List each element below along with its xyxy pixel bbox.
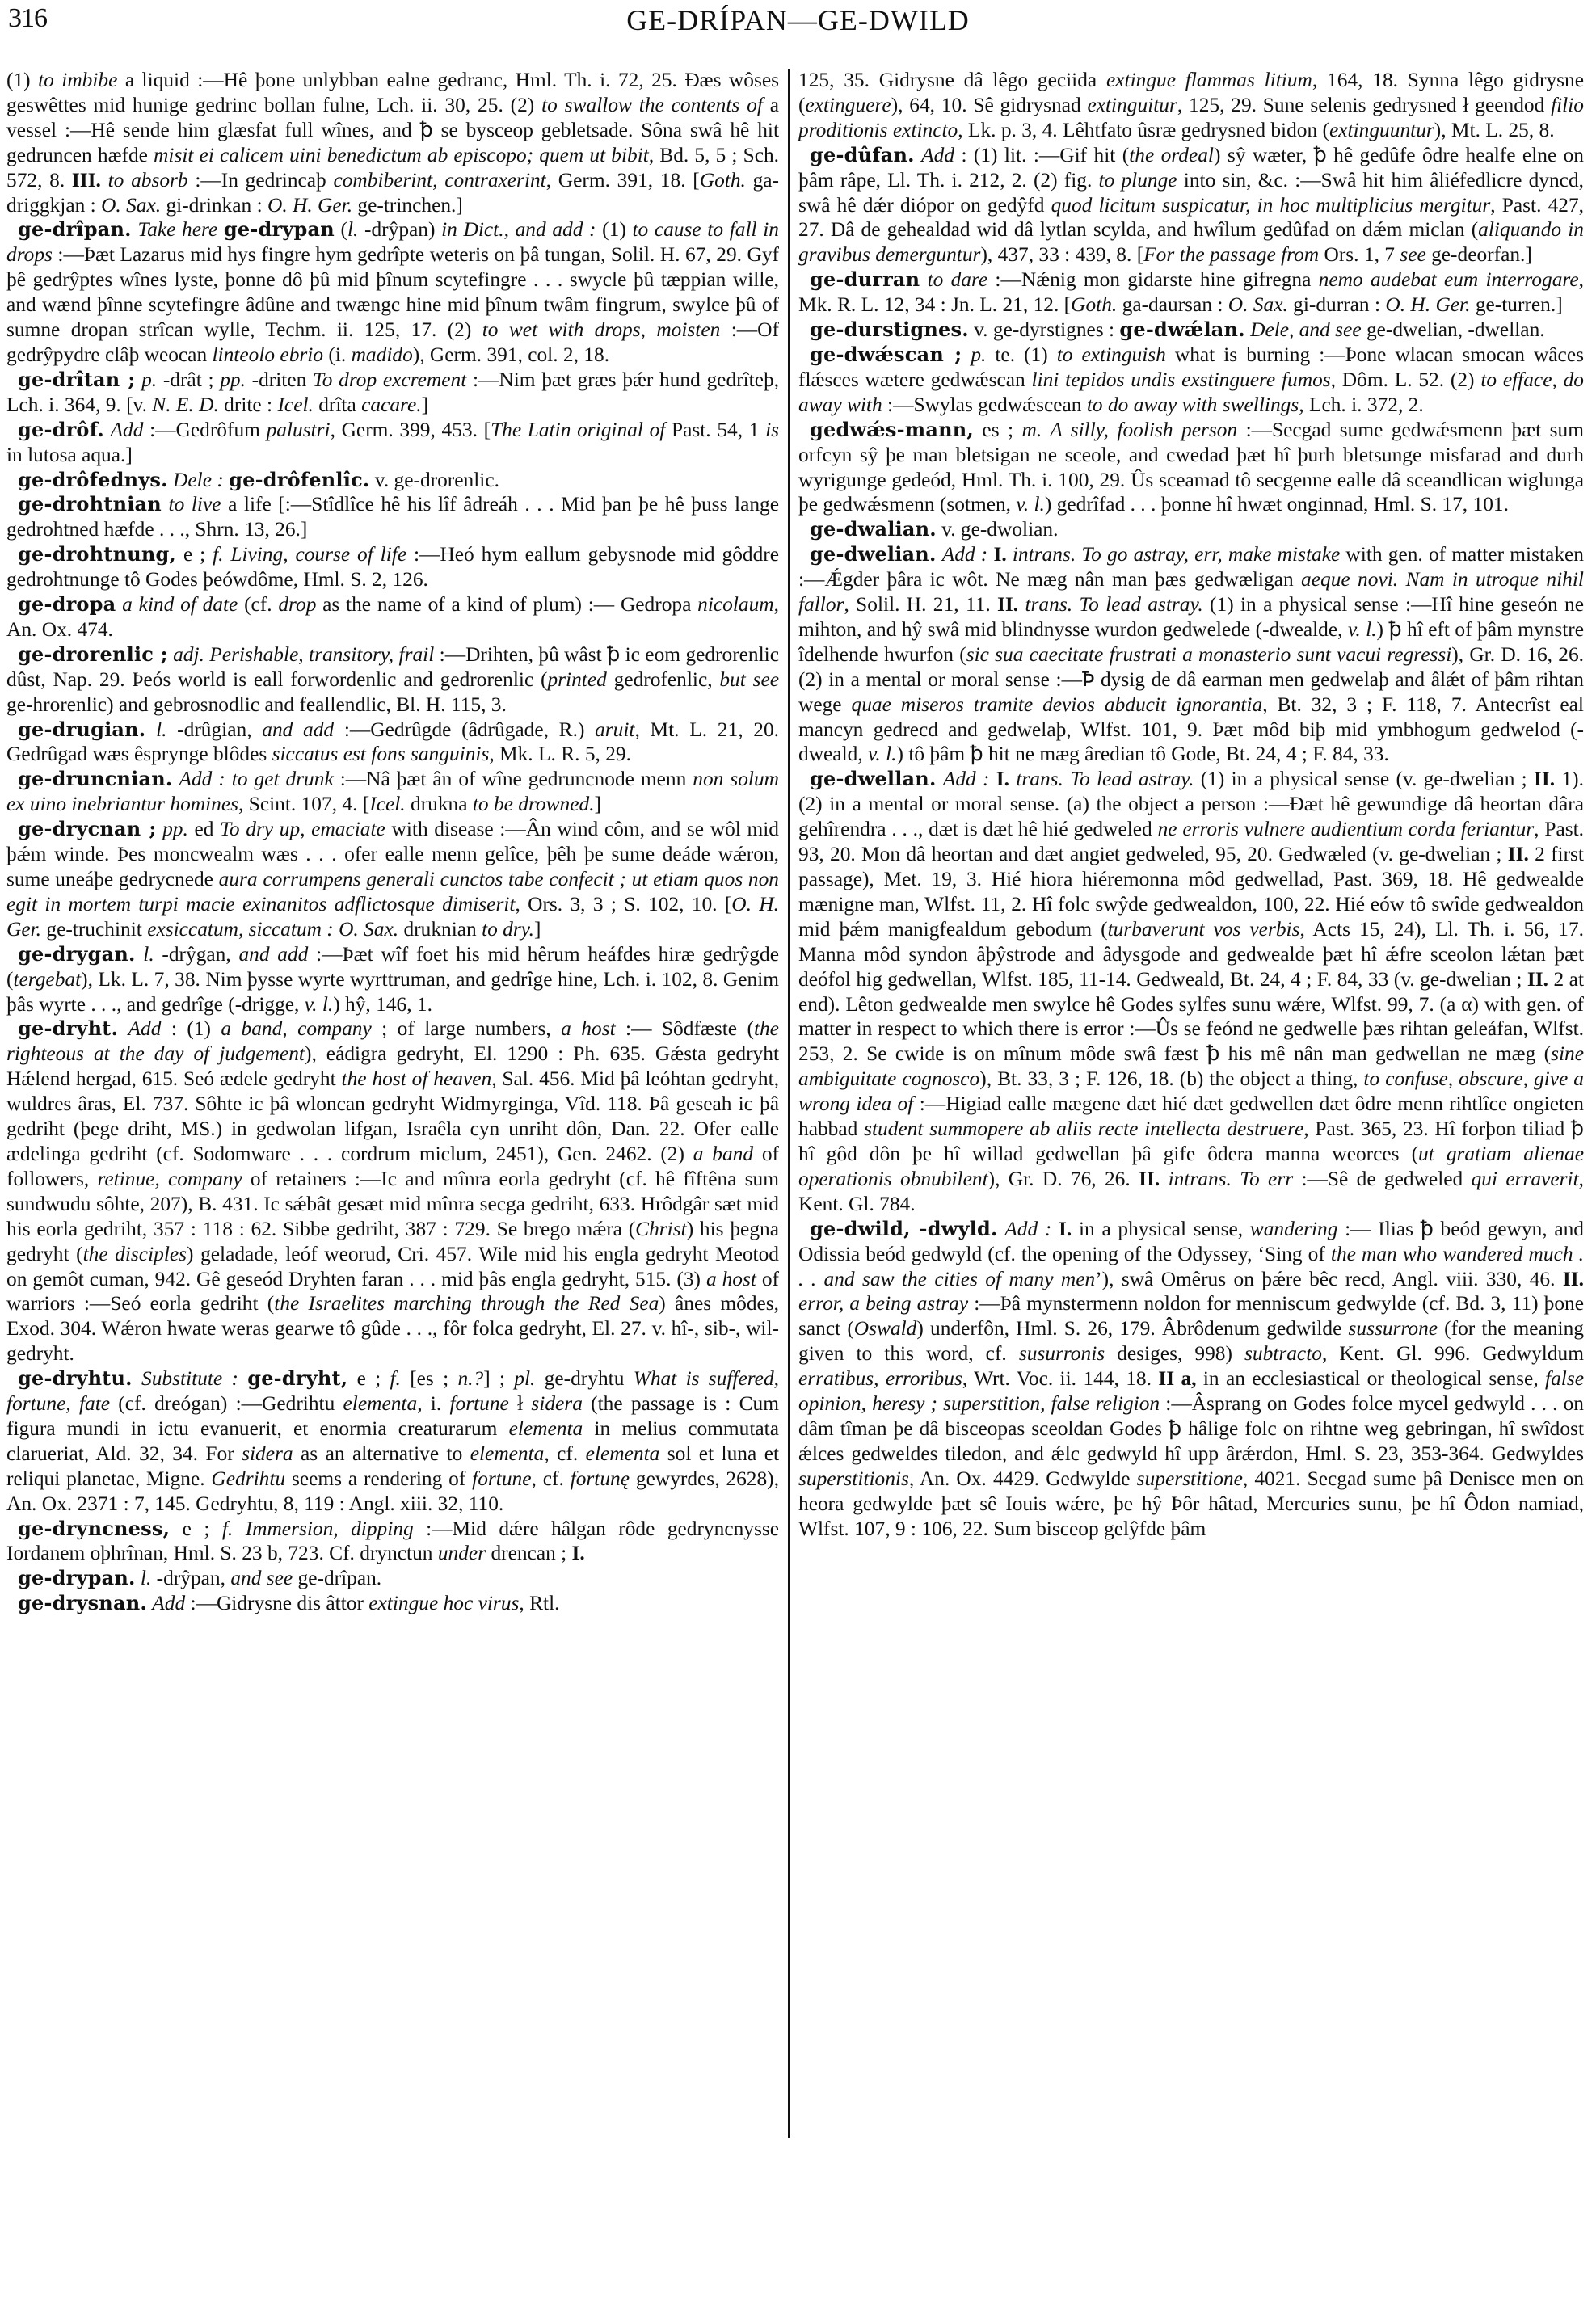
- entry-text: to dare: [928, 268, 988, 291]
- entry-text: :—Nǽnig mon gidarste hine gifregna: [987, 268, 1318, 291]
- headword: ge-dryhtu.: [18, 1366, 133, 1390]
- entry-text: in an ecclesiastical or theological sens…: [1197, 1367, 1546, 1390]
- entry-text: elementa: [586, 1442, 660, 1465]
- entry-text: sidera: [531, 1392, 582, 1415]
- entry-text: extinguere: [805, 94, 891, 116]
- entry-text: II.: [997, 593, 1018, 616]
- entry-text: O. Sax.: [1228, 293, 1288, 316]
- headword: ge-dwelian.: [810, 542, 937, 566]
- entry-text: Add: [152, 1592, 185, 1614]
- entry-text: Ors. 1, 7: [1319, 243, 1400, 266]
- entry-text: Substitute :: [141, 1367, 238, 1390]
- entry-text: ]: [422, 394, 428, 416]
- entry-text: Add :: [943, 768, 990, 790]
- dictionary-entry: ge-drorenlic ; adj. Perishable, transito…: [6, 642, 779, 718]
- entry-text: [998, 1218, 1005, 1240]
- entry-text: Take here: [137, 218, 217, 241]
- entry-text: Goth.: [700, 169, 746, 192]
- entry-text: quae miseros tramite devios abducit igno…: [852, 693, 1263, 716]
- entry-text: II.: [1527, 968, 1548, 991]
- entry-text: (1): [6, 69, 38, 91]
- entry-text: fortune: [449, 1392, 508, 1415]
- entry-text: [118, 1017, 128, 1040]
- headword: ge-drugian.: [18, 718, 145, 741]
- entry-text: ge-drîpan.: [293, 1567, 381, 1589]
- entry-text: f. Living, course of life: [213, 543, 406, 566]
- entry-text: elementa: [509, 1417, 583, 1440]
- dictionary-entry: ge-dwellan. Add : I. trans. To lead astr…: [798, 767, 1584, 1216]
- headword: ge-drîpan.: [18, 217, 132, 241]
- entry-text: :—Nâ þæt ân of wîne gedruncnode menn: [334, 768, 693, 790]
- headword: ge-dwalian.: [810, 517, 937, 541]
- entry-text: [238, 1367, 247, 1390]
- entry-text: To drop excrement: [313, 368, 466, 391]
- entry-text: v. l.: [305, 993, 333, 1016]
- entry-text: [989, 768, 996, 790]
- headword: ge-dwǽscan ;: [810, 343, 962, 366]
- entry-text: I.: [1059, 1218, 1072, 1240]
- entry-text: and see: [230, 1567, 293, 1589]
- entry-text: fortunę: [571, 1467, 630, 1490]
- entry-text: v. l.: [1348, 618, 1377, 641]
- entry-text: [101, 169, 108, 192]
- headword: ge-drypan: [224, 217, 335, 241]
- entry-text: Add: [128, 1017, 162, 1040]
- entry-text: p.: [141, 368, 157, 391]
- entry-text: , Solil. H. 21, 11.: [844, 593, 997, 616]
- right-column: 125, 35. Gidrysne dâ lêgo geciida exting…: [798, 68, 1584, 1541]
- entry-text: f. Immersion, dipping: [222, 1518, 414, 1540]
- dictionary-entry: ge-drohtnian to live a life [:—Stîdlîce …: [6, 492, 779, 542]
- entry-text: -drŷgan,: [154, 943, 239, 966]
- entry-text: v. ge-drorenlic.: [369, 469, 499, 491]
- entry-text: Icel.: [369, 793, 405, 815]
- entry-text: , cf.: [544, 1442, 585, 1465]
- headword: ge-dryht,: [247, 1366, 347, 1390]
- entry-text: , 125, 29. Sune selenis gedrysned ł geen…: [1177, 94, 1551, 116]
- entry-text: [1051, 1218, 1059, 1240]
- dictionary-entry: ge-dryncness, e ; f. Immersion, dipping …: [6, 1517, 779, 1567]
- entry-text: ) tô þâm ꝥ hit ne mæg âredian tô Gode, B…: [897, 743, 1389, 765]
- entry-text: gedrofenlic,: [607, 668, 720, 691]
- entry-text: (i.: [323, 343, 352, 366]
- entry-text: Add: [111, 419, 144, 441]
- entry-text: l.: [143, 943, 154, 966]
- entry-text: , Scint. 107, 4. [: [238, 793, 369, 815]
- entry-text: [937, 543, 942, 566]
- headword: ge-dwellan.: [810, 767, 937, 790]
- entry-text: (1): [596, 218, 633, 241]
- entry-text: ge-dwelian, -dwellan.: [1362, 318, 1545, 341]
- entry-text: trans. To lead astray.: [1025, 593, 1203, 616]
- entry-text: a band: [693, 1143, 753, 1165]
- entry-text: the Israelites marching through the Red …: [274, 1292, 659, 1315]
- entry-text: Oswald: [854, 1317, 917, 1340]
- entry-text: II.: [1563, 1268, 1584, 1290]
- entry-text: , Ors. 3, 3 ; S. 102, 10. [: [515, 893, 731, 916]
- entry-text: :— Sôdfæste (: [616, 1017, 754, 1040]
- entry-text: ), Bt. 33, 3 ; F. 126, 18. (b) the objec…: [979, 1067, 1363, 1090]
- entry-text: printed: [547, 668, 606, 691]
- entry-text: -drŷpan,: [151, 1567, 230, 1589]
- entry-text: extingue flammas litium: [1106, 69, 1312, 91]
- entry-text: Add : to get drunk: [179, 768, 333, 790]
- headword: ge-durstignes.: [810, 318, 969, 341]
- headword: ge-dryht.: [18, 1017, 118, 1040]
- entry-text: :—Gedrôfum: [143, 419, 266, 441]
- entry-text: drencan ;: [486, 1542, 571, 1564]
- entry-text: f.: [390, 1367, 401, 1390]
- entry-text: exsiccatum, siccatum : O. Sax.: [147, 918, 398, 941]
- entry-text: II a,: [1158, 1367, 1196, 1390]
- entry-text: p.: [971, 343, 986, 366]
- entry-text: as an alternative to: [293, 1442, 470, 1465]
- entry-text: adj. Perishable, transitory, frail: [173, 643, 434, 666]
- headword: ge-drôf.: [18, 418, 104, 441]
- entry-text: Christ: [635, 1218, 687, 1240]
- entry-text: [217, 218, 224, 241]
- headword: ge-drygan.: [18, 942, 136, 966]
- entry-text: misit ei calicem uini benedictum ab epis…: [154, 144, 649, 166]
- entry-text: ed: [188, 818, 220, 840]
- entry-text: ) hŷ, 146, 1.: [333, 993, 432, 1016]
- dictionary-entry: ge-dwild, -dwyld. Add : I. in a physical…: [798, 1217, 1584, 1542]
- dictionary-entry: ge-drygan. l. -drŷgan, and add :—Þæt wîf…: [6, 942, 779, 1017]
- entry-text: To dry up, emaciate: [220, 818, 385, 840]
- entry-text: ge-truchinit: [41, 918, 147, 941]
- entry-text: susurronis: [1019, 1342, 1105, 1365]
- entry-text: I.: [572, 1542, 585, 1564]
- dictionary-entry: ge-dwelian. Add : I. intrans. To go astr…: [798, 542, 1584, 767]
- entry-text: (cf. dreógan) :—Gedrihtu: [110, 1392, 343, 1415]
- entry-text: Gedrihtu: [211, 1467, 285, 1490]
- entry-text: pl.: [514, 1367, 535, 1390]
- headword: ge-drysnan.: [18, 1591, 147, 1614]
- entry-text: linteolo ebrio: [213, 343, 324, 366]
- entry-text: ge-dryhtu: [535, 1367, 633, 1390]
- entry-text: to swallow the contents of: [541, 94, 763, 116]
- dictionary-entry: ge-drôf. Add :—Gedrôfum palustri, Germ. …: [6, 418, 779, 468]
- entry-text: pp.: [220, 368, 246, 391]
- entry-text: v. ge-dwolian.: [937, 518, 1059, 541]
- entry-text: in Dict., and add :: [441, 218, 596, 241]
- entry-text: quod licitum suspicatur, in hoc multipli…: [1051, 194, 1491, 217]
- entry-text: I.: [993, 543, 1006, 566]
- entry-text: II.: [1139, 1168, 1160, 1190]
- entry-text: -driten: [246, 368, 313, 391]
- entry-text: [145, 718, 156, 741]
- entry-text: [920, 268, 927, 291]
- dictionary-entry: ge-drycnan ; pp. ed To dry up, emaciate …: [6, 817, 779, 942]
- entry-text: ] ;: [483, 1367, 514, 1390]
- page-header: 316 GE-DRÍPAN—GE-DWILD: [0, 0, 1596, 57]
- entry-text: -drûgian,: [166, 718, 262, 741]
- entry-text: , Kent. Gl. 996. Gedwyldum: [1322, 1342, 1584, 1365]
- dictionary-entry: ge-dwǽscan ; p. te. (1) to extinguish wh…: [798, 343, 1584, 418]
- entry-text: 125, 35. Gidrysne dâ lêgo geciida: [798, 69, 1106, 91]
- entry-text: e ;: [347, 1367, 390, 1390]
- entry-text: in a physical sense,: [1072, 1218, 1250, 1240]
- entry-text: [962, 343, 971, 366]
- entry-text: O. H. Ger.: [1385, 293, 1470, 316]
- entry-text: [116, 593, 122, 616]
- entry-text: -drât ;: [157, 368, 220, 391]
- entry-text: l.: [156, 718, 166, 741]
- entry-text: extingue hoc virus: [368, 1592, 519, 1614]
- entry-text: ), Mt. L. 25, 8.: [1434, 119, 1555, 141]
- dictionary-entry: ge-dryht. Add : (1) a band, company ; of…: [6, 1017, 779, 1366]
- entry-text: sidera: [242, 1442, 293, 1465]
- entry-text: a host: [561, 1017, 615, 1040]
- entry-text: gi-durran :: [1288, 293, 1386, 316]
- entry-text: III.: [72, 169, 101, 192]
- dictionary-entry: gedwǽs-mann, es ; m. A silly, foolish pe…: [798, 418, 1584, 518]
- entry-text: subtracto: [1244, 1342, 1322, 1365]
- entry-text: extinguitur: [1087, 94, 1177, 116]
- entry-text: v. l.: [1016, 493, 1044, 516]
- entry-text: :—Gidrysne dis âttor: [185, 1592, 368, 1614]
- entry-text: druknian: [398, 918, 482, 941]
- entry-text: fortune: [472, 1467, 531, 1490]
- entry-text: aruit: [595, 718, 634, 741]
- entry-text: , Wrt. Voc. ii. 144, 18.: [962, 1367, 1158, 1390]
- entry-text: tergebat: [13, 968, 81, 991]
- entry-text: : (1) lit. :—Gif hit (: [954, 144, 1129, 166]
- entry-text: to do away with swellings: [1087, 394, 1299, 416]
- entry-text: intrans. To go astray, err, make mistake: [1013, 543, 1340, 566]
- headword: ge-dûfan.: [810, 143, 915, 166]
- entry-text: a kind of date: [122, 593, 238, 616]
- headword: ge-drorenlic ;: [18, 642, 168, 666]
- dictionary-entry: ge-durran to dare :—Nǽnig mon gidarste h…: [798, 267, 1584, 318]
- column-divider: [788, 69, 790, 2138]
- entry-text: but see: [719, 668, 779, 691]
- entry-text: ge-trinchen.]: [352, 194, 463, 217]
- entry-text: drite :: [219, 394, 278, 416]
- dictionary-entry: ge-drôfednys. Dele : ge-drôfenlîc. v. ge…: [6, 468, 779, 493]
- entry-text: a band, company: [221, 1017, 371, 1040]
- entry-text: [1160, 1168, 1168, 1190]
- entry-text: l.: [141, 1567, 151, 1589]
- dictionary-entry: ge-drîtan ; p. -drât ; pp. -driten To dr…: [6, 368, 779, 418]
- entry-text: sic sua caecitate frustrati a monasterio…: [966, 643, 1452, 666]
- entry-text: qui erraverit: [1472, 1168, 1579, 1190]
- entry-text: ), 437, 33 : 439, 8. [: [980, 243, 1143, 266]
- entry-text: palustri: [267, 419, 331, 441]
- headword: ge-drôfednys.: [18, 468, 168, 491]
- entry-text: the ordeal: [1129, 144, 1214, 166]
- entry-text: ) underfôn, Hml. S. 26, 179. Âbrôdenum g…: [916, 1317, 1348, 1340]
- entry-text: siccatus est fons sanguinis: [272, 743, 490, 765]
- entry-text: sussurrone: [1349, 1317, 1438, 1340]
- entry-text: (1) in a physical sense (v. ge-dwelian ;: [1194, 768, 1534, 790]
- entry-text: see: [1400, 243, 1425, 266]
- entry-text: seems a rendering of: [285, 1467, 472, 1490]
- entry-text: to imbibe: [38, 69, 117, 91]
- dictionary-entry: ge-dryhtu. Substitute : ge-dryht, e ; f.…: [6, 1366, 779, 1516]
- entry-text: v. ge-dyrstignes :: [969, 318, 1120, 341]
- headword: ge-dryncness,: [18, 1517, 170, 1540]
- entry-text: [1007, 543, 1013, 566]
- entry-text: superstitionis: [798, 1467, 909, 1490]
- headword: ge-durran: [810, 267, 920, 291]
- entry-text: [937, 768, 943, 790]
- entry-text: : (1): [161, 1017, 221, 1040]
- left-column: (1) to imbibe a liquid :—Hê þone unlybba…: [6, 68, 779, 1616]
- entry-text: drîta: [314, 394, 361, 416]
- entry-text: Add :: [1004, 1218, 1051, 1240]
- headword: ge-drohtnian: [18, 492, 162, 516]
- entry-text: ge-hrorenlic) and gebrosnodlic and feall…: [6, 693, 507, 716]
- entry-text: The Latin original of: [491, 419, 665, 441]
- entry-text: [1018, 593, 1025, 616]
- entry-text: :—Gedrûgde (âdrûgade, R.): [334, 718, 595, 741]
- entry-text: to extinguish: [1057, 343, 1166, 366]
- dictionary-entry: ge-drypan. l. -drŷpan, and see ge-drîpan…: [6, 1566, 779, 1591]
- entry-text: n.?: [457, 1367, 483, 1390]
- entry-text: to plunge: [1099, 169, 1177, 192]
- entry-text: , cf.: [532, 1467, 571, 1490]
- entry-text: is: [765, 419, 779, 441]
- entry-text: to be drowned.: [473, 793, 595, 815]
- entry-text: , Germ. 399, 453. [: [331, 419, 491, 441]
- entry-text: Past. 54, 1: [665, 419, 765, 441]
- entry-text: v. l.: [868, 743, 896, 765]
- entry-text: ga-daursan :: [1117, 293, 1228, 316]
- entry-text: [162, 493, 169, 516]
- entry-text: the host of heaven: [342, 1067, 492, 1090]
- entry-text: , Germ. 391, 18. [: [546, 169, 700, 192]
- entry-text: [915, 144, 921, 166]
- entry-text: m. A silly, foolish person: [1022, 419, 1238, 441]
- entry-text: :—In gedrincaþ: [188, 169, 334, 192]
- entry-text: ge-deorfan.]: [1426, 243, 1532, 266]
- entry-text: [es ;: [401, 1367, 458, 1390]
- entry-text: a host: [706, 1268, 756, 1290]
- entry-text: under: [438, 1542, 486, 1564]
- entry-text: [136, 943, 144, 966]
- entry-text: and add: [262, 718, 334, 741]
- entry-text: e ;: [170, 1518, 222, 1540]
- entry-text: N. E. D.: [152, 394, 219, 416]
- entry-text: in lutosa aqua.]: [6, 444, 133, 466]
- entry-text: as the name of a kind of plum) :— Gedrop…: [316, 593, 697, 616]
- dictionary-entry: ge-drohtnung, e ; f. Living, course of l…: [6, 542, 779, 592]
- headword: ge-drycnan ;: [18, 817, 156, 840]
- entry-text: l.: [347, 218, 358, 241]
- entry-text: , Lch. i. 372, 2.: [1299, 394, 1423, 416]
- dictionary-entry: ge-dropa a kind of date (cf. drop as the…: [6, 592, 779, 642]
- entry-text: madido: [352, 343, 413, 366]
- entry-text: ]: [534, 918, 541, 941]
- entry-text: nemo audebat eum interrogare: [1319, 268, 1579, 291]
- entry-text: trans. To lead astray.: [1016, 768, 1194, 790]
- entry-text: Dele :: [173, 469, 224, 491]
- entry-text: elementa: [343, 1392, 418, 1415]
- entry-text: Icel.: [277, 394, 313, 416]
- entry-text: the disciples: [83, 1243, 187, 1265]
- entry-text: [133, 1367, 141, 1390]
- running-head: GE-DRÍPAN—GE-DWILD: [0, 3, 1596, 37]
- entry-text: Dele, and see: [1250, 318, 1361, 341]
- headword: ge-druncnian.: [18, 767, 172, 790]
- entry-text: ’), swâ Omêrus on þǽre bêc recd, Angl. v…: [1095, 1268, 1563, 1290]
- entry-text: to dry.: [482, 918, 534, 941]
- entry-text: O. Sax.: [101, 194, 161, 217]
- entry-text: ) gedrîfad . . . þonne hî hwæt onginnad,…: [1045, 493, 1509, 516]
- entry-text: II.: [1508, 843, 1529, 865]
- entry-text: [156, 818, 162, 840]
- entry-text: [135, 368, 141, 391]
- entry-text: erratibus, erroribus: [798, 1367, 962, 1390]
- entry-text: drukna: [406, 793, 473, 815]
- entry-text: nicolaum: [697, 593, 774, 616]
- dictionary-entry: ge-druncnian. Add : to get drunk :—Nâ þæ…: [6, 767, 779, 817]
- entry-text: drop: [278, 593, 316, 616]
- entry-text: turbaverunt vos verbis: [1108, 918, 1300, 941]
- headword: ge-dwǽlan.: [1119, 318, 1244, 341]
- entry-text: lini tepidos undis exstinguere fumos: [1032, 368, 1331, 391]
- entry-text: ne erroris vulnere audientium corda feri…: [1158, 818, 1535, 840]
- entry-text: :—Swylas gedwǽscean: [882, 394, 1087, 416]
- entry-text: cacare.: [361, 394, 422, 416]
- entry-text: wandering: [1250, 1218, 1338, 1240]
- entry-text: ]: [595, 793, 601, 815]
- entry-text: intrans. To err: [1169, 1168, 1294, 1190]
- entry-continuation: 125, 35. Gidrysne dâ lêgo geciida exting…: [798, 68, 1584, 143]
- entry-text: ge-turren.]: [1470, 293, 1562, 316]
- entry-text: ), 64, 10. Sê gidrysnad: [891, 94, 1088, 116]
- entry-text: e ;: [176, 543, 213, 566]
- entry-text: :—Sê de gedweled: [1293, 1168, 1471, 1190]
- entry-text: O. H. Ger.: [267, 194, 352, 217]
- entry-text: retinue, company: [97, 1168, 242, 1190]
- headword: ge-dwild, -dwyld.: [810, 1217, 998, 1240]
- entry-text: es ;: [974, 419, 1022, 441]
- entry-text: I.: [996, 768, 1009, 790]
- headword: ge-drypan.: [18, 1566, 136, 1589]
- entry-text: II.: [1534, 768, 1555, 790]
- entry-text: to wet with drops, moisten: [482, 318, 721, 341]
- entry-continuation: (1) to imbibe a liquid :—Hê þone unlybba…: [6, 68, 779, 217]
- entry-text: Add: [921, 144, 954, 166]
- entry-text: pp.: [162, 818, 188, 840]
- entry-text: combiberint, contraxerint: [333, 169, 545, 192]
- entry-text: elementa: [470, 1442, 545, 1465]
- headword: ge-drohtnung,: [18, 542, 176, 566]
- entry-text: (cf.: [238, 593, 278, 616]
- dictionary-entry: ge-dûfan. Add : (1) lit. :—Gif hit (the …: [798, 143, 1584, 268]
- dictionary-entry: ge-drîpan. Take here ge-drypan (l. -drŷp…: [6, 217, 779, 367]
- entry-text: ), Gr. D. 76, 26.: [988, 1168, 1139, 1190]
- entry-text: error, a being astray: [798, 1292, 968, 1315]
- entry-text: to live: [169, 493, 221, 516]
- entry-text: desiges, 998): [1105, 1342, 1244, 1365]
- headword: ge-dropa: [18, 592, 116, 616]
- entry-text: ; of large numbers,: [372, 1017, 561, 1040]
- dictionary-entry: ge-drugian. l. -drûgian, and add :—Gedrû…: [6, 718, 779, 768]
- entry-text: and add: [238, 943, 308, 966]
- entry-text: , Lk. p. 3, 4. Lêhtfato ûsræ gedrysned b…: [958, 119, 1329, 141]
- headword: gedwǽs-mann,: [810, 418, 974, 441]
- entry-text: (: [335, 218, 347, 241]
- dictionary-entry: ge-dwalian. v. ge-dwolian.: [798, 517, 1584, 542]
- entry-text: , i.: [417, 1392, 449, 1415]
- headword: ge-drîtan ;: [18, 368, 135, 391]
- entry-text: -drŷpan): [358, 218, 441, 241]
- entry-text: Goth.: [1071, 293, 1117, 316]
- entry-text: ł: [509, 1392, 532, 1415]
